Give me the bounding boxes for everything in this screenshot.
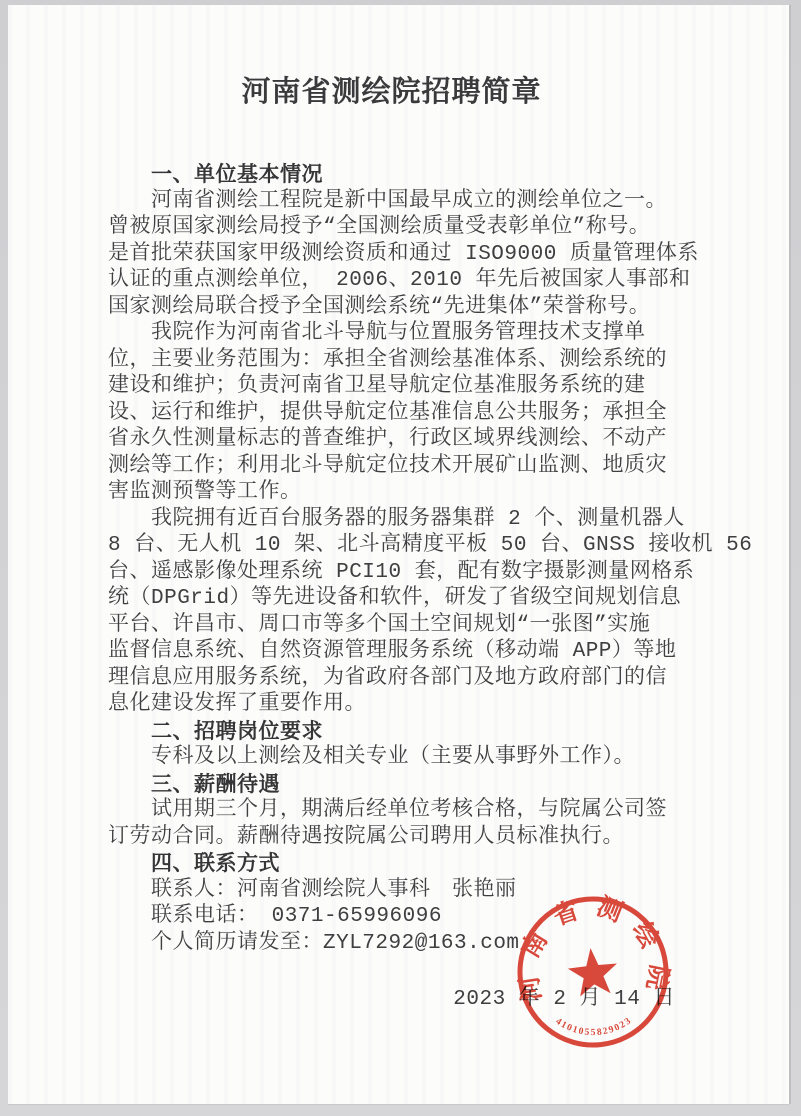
doc-line: 监督信息系统、自然资源管理服务系统（移动端 APP）等地 bbox=[108, 639, 686, 666]
doc-line: 曾被原国家测绘局授予“全国测绘质量受表彰单位”称号。 bbox=[108, 215, 686, 242]
document-page: 河南省测绘院招聘简章 一、单位基本情况河南省测绘工程院是新中国最早成立的测绘单位… bbox=[8, 5, 789, 1104]
document-title: 河南省测绘院招聘简章 bbox=[108, 69, 675, 110]
doc-line: 国家测绘局联合授予全国测绘系统“先进集体”荣誉称号。 bbox=[108, 295, 686, 322]
scan-backdrop: 河南省测绘院招聘简章 一、单位基本情况河南省测绘工程院是新中国最早成立的测绘单位… bbox=[0, 0, 801, 1116]
doc-line: 害监测预警等工作。 bbox=[108, 480, 686, 507]
section-heading: 二、招聘岗位要求 bbox=[108, 719, 686, 746]
doc-line: 台、遥感影像处理系统 PCI10 套，配有数字摄影测量网格系 bbox=[108, 560, 686, 587]
document-body: 一、单位基本情况河南省测绘工程院是新中国最早成立的测绘单位之一。曾被原国家测绘局… bbox=[108, 162, 686, 957]
doc-line: 认证的重点测绘单位， 2006、2010 年先后被国家人事部和 bbox=[108, 268, 686, 295]
doc-line: 是首批荣获国家甲级测绘资质和通过 ISO9000 质量管理体系 bbox=[108, 242, 686, 269]
doc-line: 建设和维护；负责河南省卫星导航定位基准服务系统的建 bbox=[108, 374, 686, 401]
section-heading: 三、薪酬待遇 bbox=[108, 772, 686, 799]
doc-line: 专科及以上测绘及相关专业（主要从事野外工作）。 bbox=[108, 745, 686, 772]
doc-line: 设、运行和维护，提供导航定位基准信息公共服务；承担全 bbox=[108, 401, 686, 428]
doc-line: 位，主要业务范围为：承担全省测绘基准体系、测绘系统的 bbox=[108, 348, 686, 375]
section-heading: 一、单位基本情况 bbox=[108, 162, 686, 189]
doc-line: 平台、许昌市、周口市等多个国土空间规划“一张图”实施 bbox=[108, 613, 686, 640]
doc-line: 试用期三个月，期满后经单位考核合格，与院属公司签 bbox=[108, 798, 686, 825]
doc-line: 我院拥有近百台服务器的服务器集群 2 个、测量机器人 bbox=[108, 507, 686, 534]
doc-line: 订劳动合同。薪酬待遇按院属公司聘用人员标准执行。 bbox=[108, 825, 686, 852]
red-star-icon bbox=[566, 946, 620, 998]
doc-line: 统（DPGrid）等先进设备和软件，研发了省级空间规划信息 bbox=[108, 586, 686, 613]
doc-line: 省永久性测量标志的普查维护，行政区域界线测绘、不动产 bbox=[108, 427, 686, 454]
section-heading: 四、联系方式 bbox=[108, 851, 686, 878]
official-seal: 河南省测绘院 4101055829023 bbox=[505, 883, 681, 1061]
doc-line: 8 台、无人机 10 架、北斗高精度平板 50 台、GNSS 接收机 56 bbox=[108, 533, 686, 560]
doc-line: 我院作为河南省北斗导航与位置服务管理技术支撑单 bbox=[108, 321, 686, 348]
doc-line: 理信息应用服务系统，为省政府各部门及地方政府部门的信 bbox=[108, 666, 686, 693]
doc-line: 河南省测绘工程院是新中国最早成立的测绘单位之一。 bbox=[108, 189, 686, 216]
doc-line: 测绘等工作；利用北斗导航定位技术开展矿山监测、地质灾 bbox=[108, 454, 686, 481]
doc-line: 息化建设发挥了重要作用。 bbox=[108, 692, 686, 719]
